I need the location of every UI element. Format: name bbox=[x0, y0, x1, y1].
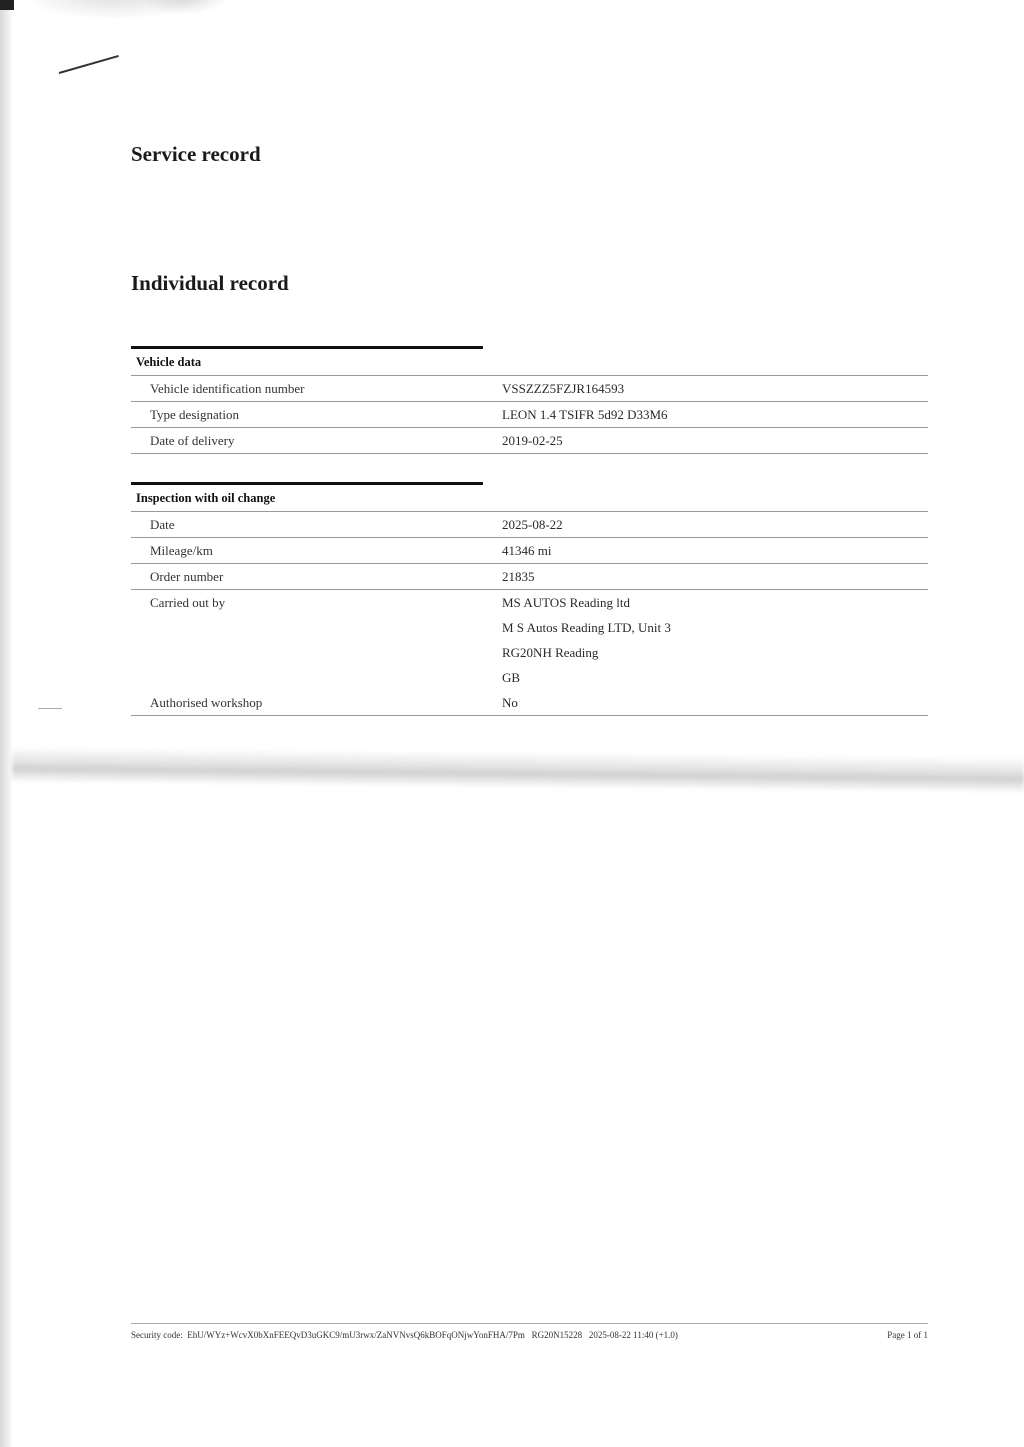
row-label: Type designation bbox=[150, 407, 239, 423]
scan-corner-mark bbox=[0, 0, 14, 10]
address-line: RG20NH Reading bbox=[131, 640, 928, 665]
section-rule bbox=[131, 346, 483, 349]
workshop-country: GB bbox=[502, 670, 520, 686]
table-row: Order number 21835 bbox=[131, 563, 928, 589]
table-row: Type designation LEON 1.4 TSIFR 5d92 D33… bbox=[131, 401, 928, 427]
table-row: Authorised workshop No bbox=[131, 690, 928, 716]
scan-edge bbox=[0, 0, 12, 1447]
table-row: Mileage/km 41346 mi bbox=[131, 537, 928, 563]
row-label: Order number bbox=[150, 569, 223, 585]
table-row: Carried out by MS AUTOS Reading ltd bbox=[131, 589, 928, 615]
section-title: Individual record bbox=[131, 271, 289, 296]
section-rule bbox=[131, 482, 483, 485]
row-label: Mileage/km bbox=[150, 543, 213, 559]
workshop-address-line: RG20NH Reading bbox=[502, 645, 598, 661]
address-line: GB bbox=[131, 665, 928, 690]
type-designation-value: LEON 1.4 TSIFR 5d92 D33M6 bbox=[502, 407, 668, 423]
row-label: Carried out by bbox=[150, 595, 225, 611]
row-label: Date bbox=[150, 517, 175, 533]
order-number-value: 21835 bbox=[502, 569, 535, 585]
table-row: Date 2025-08-22 bbox=[131, 511, 928, 537]
vin-value: VSSZZZ5FZJR164593 bbox=[502, 381, 624, 397]
footer-security-code: Security code: EhU/WYz+WcvX0bXnFEEQvD3uG… bbox=[131, 1330, 678, 1340]
table-row: Vehicle identification number VSSZZZ5FZJ… bbox=[131, 375, 928, 401]
workshop-name-value: MS AUTOS Reading ltd bbox=[502, 595, 630, 611]
document-timestamp: 2025-08-22 11:40 (+1.0) bbox=[589, 1330, 678, 1340]
paper-fold-crease bbox=[12, 747, 1024, 794]
footer-rule bbox=[131, 1323, 928, 1324]
mileage-value: 41346 mi bbox=[502, 543, 551, 559]
page-number: Page 1 of 1 bbox=[887, 1330, 928, 1340]
table-row: Date of delivery 2019-02-25 bbox=[131, 427, 928, 454]
document-reference: RG20N15228 bbox=[532, 1330, 583, 1340]
security-code-label: Security code: bbox=[131, 1330, 183, 1340]
vehicle-data-table: Vehicle identification number VSSZZZ5FZJ… bbox=[131, 375, 928, 454]
workshop-address-line: M S Autos Reading LTD, Unit 3 bbox=[502, 620, 671, 636]
inspection-table: Date 2025-08-22 Mileage/km 41346 mi Orde… bbox=[131, 511, 928, 716]
security-code-value: EhU/WYz+WcvX0bXnFEEQvD3uGKC9/mU3rwx/ZaNV… bbox=[187, 1330, 525, 1340]
page-title: Service record bbox=[131, 142, 261, 167]
row-label: Vehicle identification number bbox=[150, 381, 305, 397]
inspection-date-value: 2025-08-22 bbox=[502, 517, 563, 533]
row-label: Authorised workshop bbox=[150, 695, 262, 711]
pen-mark bbox=[59, 55, 119, 74]
delivery-date-value: 2019-02-25 bbox=[502, 433, 563, 449]
address-line: M S Autos Reading LTD, Unit 3 bbox=[131, 615, 928, 640]
margin-mark bbox=[38, 708, 62, 709]
row-label: Date of delivery bbox=[150, 433, 234, 449]
inspection-heading: Inspection with oil change bbox=[136, 491, 275, 506]
authorised-workshop-value: No bbox=[502, 695, 518, 711]
vehicle-data-heading: Vehicle data bbox=[136, 355, 201, 370]
